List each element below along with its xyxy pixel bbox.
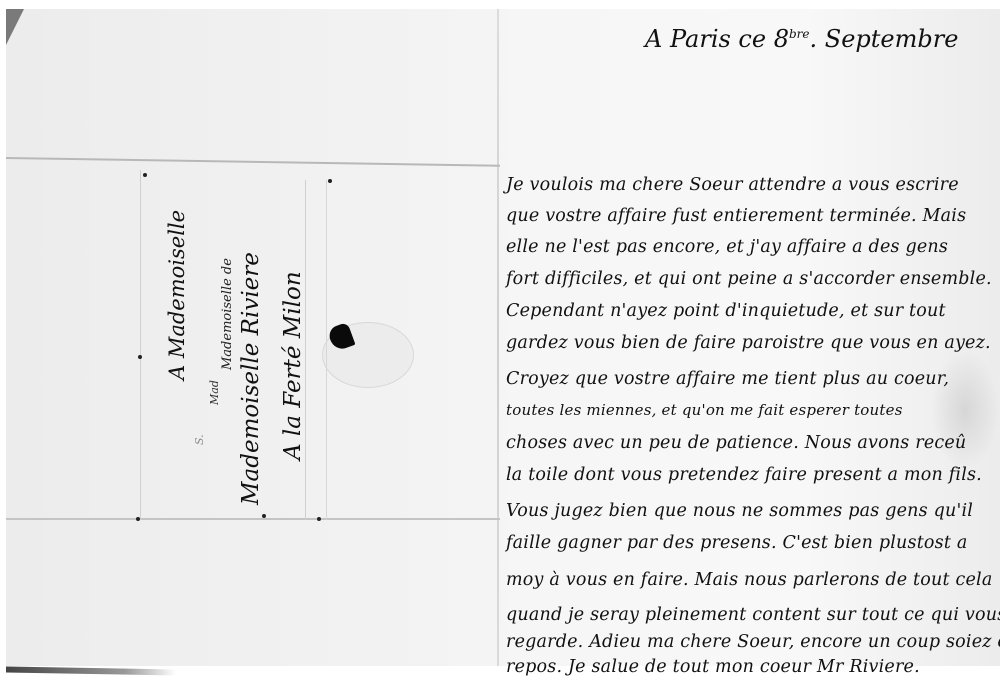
letter-line: Croyez que vostre affaire me tient plus …	[506, 369, 949, 389]
address-line-3: A la Ferté Milon	[280, 271, 306, 460]
letter-line: toutes les miennes, et qu'on me fait esp…	[506, 401, 903, 419]
letter-line: Vous jugez bien que nous ne sommes pas g…	[506, 501, 973, 521]
letter-line: que vostre affaire fust entierement term…	[506, 206, 966, 226]
address-panel: A Mademoiselle S. Mad Mademoiselle de Ma…	[140, 180, 320, 500]
address-annotation: Mademoiselle de	[220, 258, 235, 370]
letter-photograph: A Mademoiselle S. Mad Mademoiselle de Ma…	[0, 0, 1000, 692]
address-annotation: Mad	[208, 380, 221, 405]
address-line-2: Mademoiselle Riviere	[238, 252, 264, 505]
letter-line: elle ne l'est pas encore, et j'ay affair…	[506, 237, 948, 257]
letter-line: regarde. Adieu ma chere Soeur, encore un…	[506, 632, 1000, 652]
letter-line: faille gagner par des presens. C'est bie…	[506, 533, 967, 553]
letter-line: moy à vous en faire. Mais nous parlerons…	[506, 570, 992, 590]
pin-hole	[317, 517, 321, 521]
dateline-superscript: bre	[789, 27, 810, 41]
letter-line: choses avec un peu de patience. Nous avo…	[506, 433, 966, 453]
pin-hole	[136, 517, 140, 521]
dateline-month: . Septembre	[810, 25, 959, 53]
letter-line: Cependant n'ayez point d'inquietude, et …	[506, 301, 946, 321]
center-fold-line	[497, 9, 499, 666]
letter-line: fort difficiles, et qui ont peine a s'ac…	[506, 269, 992, 289]
corner-shadow	[6, 9, 24, 45]
address-line-1: A Mademoiselle	[165, 210, 189, 380]
pin-hole	[143, 173, 147, 177]
address-annotation: S.	[193, 434, 206, 445]
dateline: A Paris ce 8bre. Septembre	[645, 25, 958, 53]
dateline-place-day: A Paris ce 8	[645, 25, 789, 53]
letter-line: Je voulois ma chere Soeur attendre a vou…	[506, 175, 959, 195]
letter-line: repos. Je salue de tout mon coeur Mr Riv…	[506, 657, 920, 677]
pin-hole	[262, 514, 266, 518]
letter-line: gardez vous bien de faire paroistre que …	[506, 333, 991, 353]
letter-line: la toile dont vous pretendez faire prese…	[506, 465, 982, 485]
fold-line-bottom	[6, 518, 500, 520]
letter-line: quand je seray pleinement content sur to…	[506, 605, 1000, 625]
pin-hole	[328, 179, 332, 183]
bottom-edge-shadow	[6, 667, 176, 676]
